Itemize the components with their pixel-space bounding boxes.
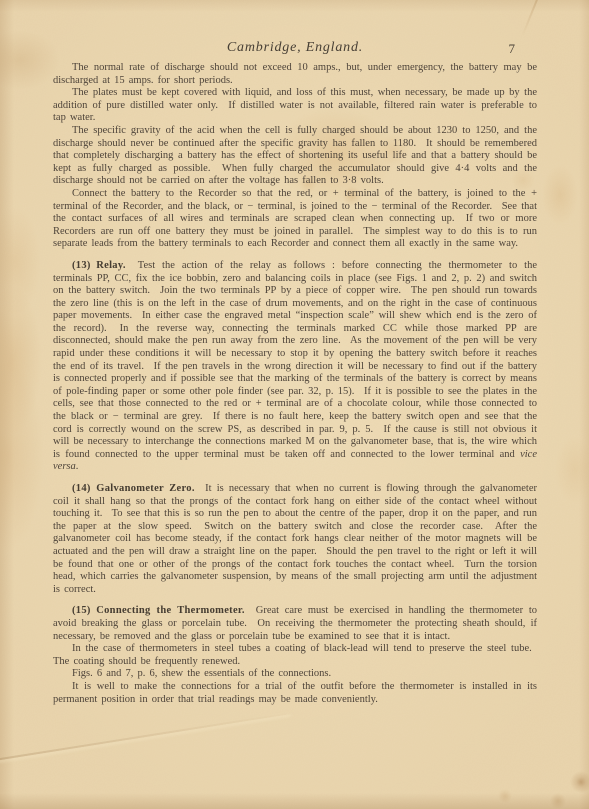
section-heading: (15) Connecting the Thermometer.	[72, 605, 245, 616]
text-run: Test the action of the relay as follows …	[53, 260, 537, 460]
section-paragraph: (14) Galvanometer Zero. It is necessary …	[53, 483, 537, 596]
page-header: Cambridge, England. 7	[53, 40, 537, 58]
paragraph: The normal rate of discharge should not …	[53, 62, 537, 87]
text-run: Figs. 6 and 7, p. 6, shew the essentials…	[72, 668, 331, 679]
paragraph: It is well to make the connections for a…	[53, 681, 537, 706]
section-heading: (13) Relay.	[72, 260, 126, 271]
section-paragraph: (15) Connecting the Thermometer. Great c…	[53, 605, 537, 643]
section-paragraph: (13) Relay. Test the action of the relay…	[53, 260, 537, 474]
paragraph: The specific gravity of the acid when th…	[53, 125, 537, 188]
paragraph: Connect the battery to the Recorder so t…	[53, 188, 537, 251]
paper-crease-mark	[521, 0, 539, 37]
text-run: In the case of thermometers in steel tub…	[53, 643, 537, 667]
text-run: The normal rate of discharge should not …	[53, 62, 537, 86]
page-number: 7	[509, 41, 516, 57]
text-run: It is well to make the connections for a…	[53, 681, 537, 705]
running-title: Cambridge, England.	[53, 40, 537, 56]
text-run: The plates must be kept covered with liq…	[53, 87, 537, 123]
section-heading: (14) Galvanometer Zero.	[72, 483, 195, 494]
text-run: Connect the battery to the Recorder so t…	[53, 188, 537, 249]
scanned-document-page: Cambridge, England. 7 The normal rate of…	[0, 0, 589, 809]
text-run: .	[76, 461, 79, 472]
text-run: The specific gravity of the acid when th…	[53, 125, 537, 186]
paper-crease-mark	[0, 712, 291, 761]
paragraph: Figs. 6 and 7, p. 6, shew the essentials…	[53, 668, 537, 681]
page-body: The normal rate of discharge should not …	[53, 62, 537, 706]
paragraph: The plates must be kept covered with liq…	[53, 87, 537, 125]
paragraph: In the case of thermometers in steel tub…	[53, 643, 537, 668]
text-run: It is necessary that when no current is …	[53, 483, 537, 595]
